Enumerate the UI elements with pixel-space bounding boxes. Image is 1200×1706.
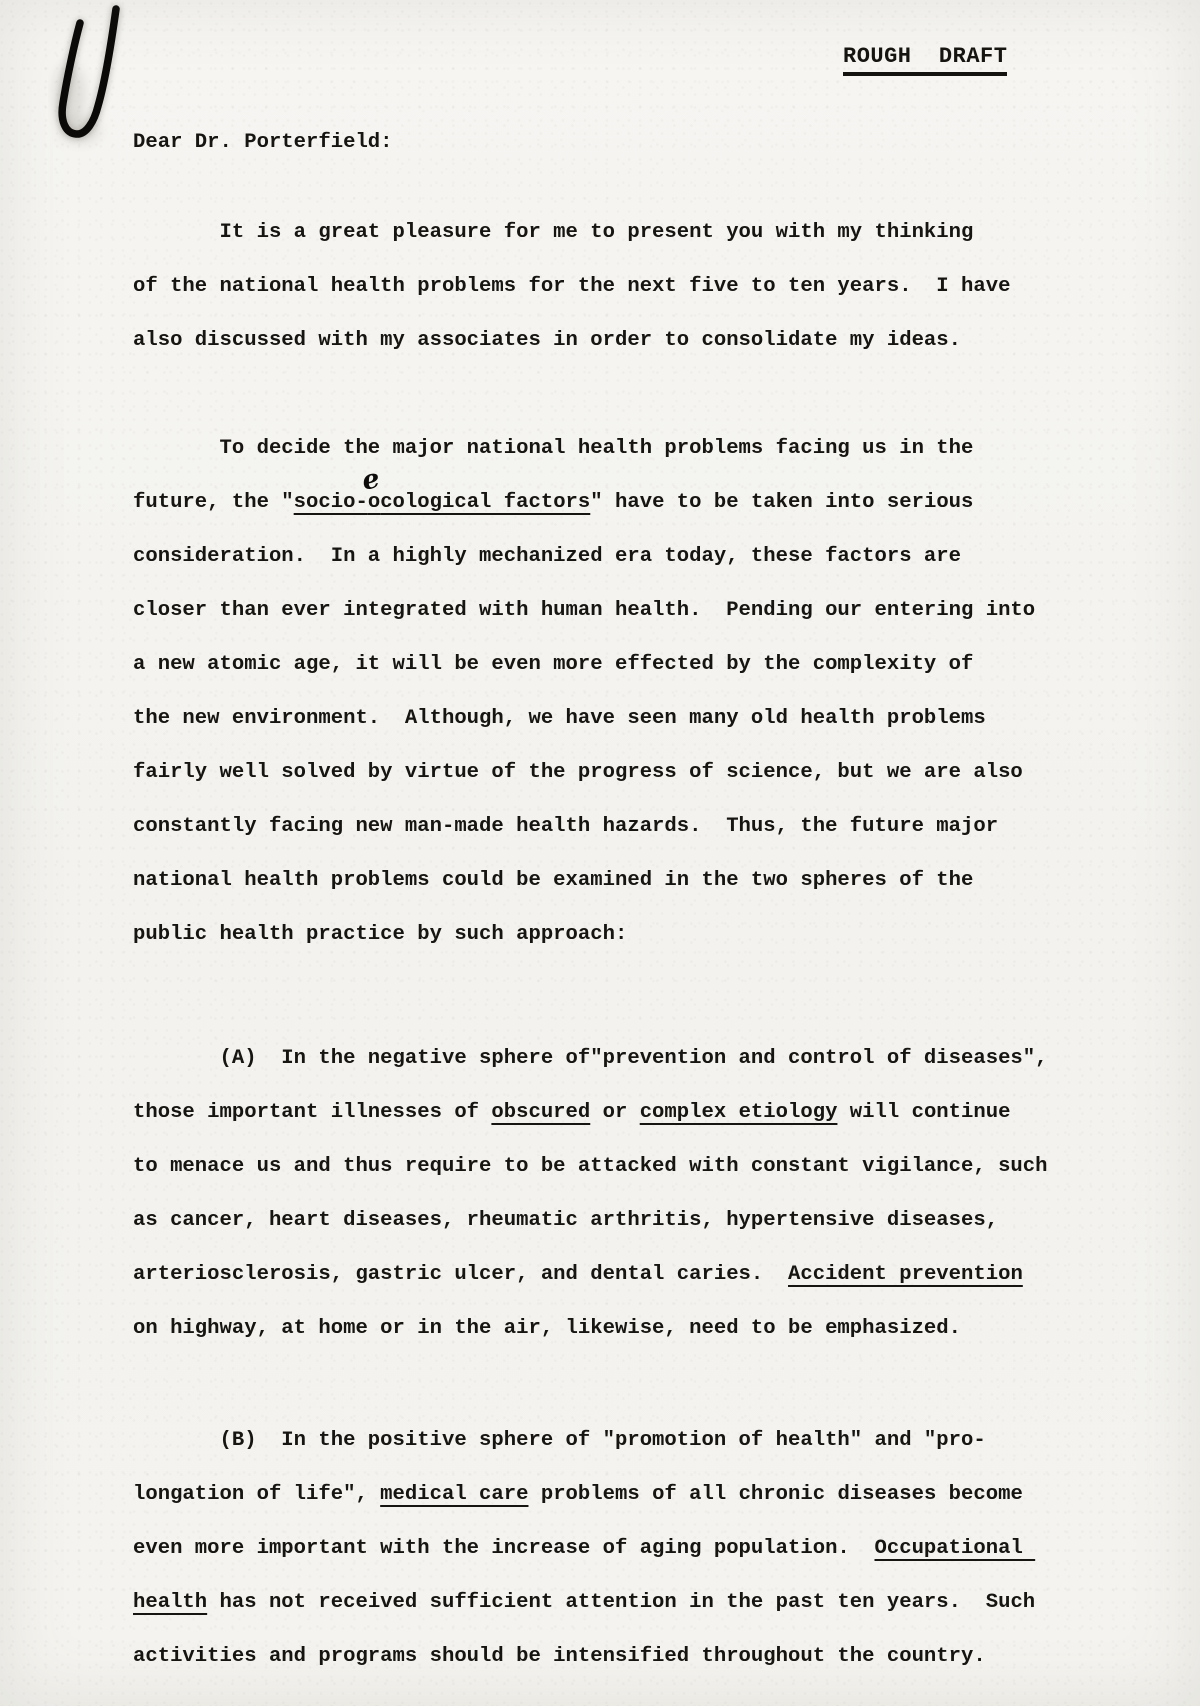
text-segment: " have to be taken into serious <box>590 491 973 514</box>
text-segment: consideration. In a highly mechanized er… <box>133 545 961 568</box>
underlined-text: medical care <box>380 1483 528 1506</box>
text-line: as cancer, heart diseases, rheumatic art… <box>133 1194 1170 1248</box>
text-segment: fairly well solved by virtue of the prog… <box>133 761 1023 784</box>
text-line: the new environment. Although, we have s… <box>133 692 1170 746</box>
text-line: activities and programs should be intens… <box>133 1630 1170 1684</box>
text-line: a new atomic age, it will be even more e… <box>133 638 1170 692</box>
underlined-text: oe <box>368 491 380 514</box>
rough-draft-label: ROUGH DRAFT <box>843 44 1007 76</box>
underlined-text: cological factors <box>380 491 590 514</box>
text-segment: problems of all chronic diseases become <box>528 1483 1022 1506</box>
text-line: of the national health problems for the … <box>133 260 1170 314</box>
paragraph: It is a great pleasure for me to present… <box>133 206 1170 368</box>
text-segment: longation of life", <box>133 1483 380 1506</box>
text-segment: To decide the major national health prob… <box>133 437 973 460</box>
text-line: future, the "socio-oecological factors" … <box>133 476 1170 530</box>
underlined-text: Accident prevention <box>788 1263 1023 1286</box>
underlined-text: complex etiology <box>640 1101 838 1124</box>
text-line: (A) In the negative sphere of"prevention… <box>133 1032 1170 1086</box>
salutation: Dear Dr. Porterfield: <box>133 131 393 154</box>
paperclip-mark-icon <box>48 0 136 152</box>
text-line: consideration. In a highly mechanized er… <box>133 530 1170 584</box>
text-segment: a new atomic age, it will be even more e… <box>133 653 973 676</box>
text-line: national health problems could be examin… <box>133 854 1170 908</box>
letter-page: ROUGH DRAFT Dear Dr. Porterfield: It is … <box>0 0 1200 1706</box>
text-line: public health practice by such approach: <box>133 908 1170 962</box>
text-segment: arteriosclerosis, gastric ulcer, and den… <box>133 1263 788 1286</box>
text-segment: It is a great pleasure for me to present… <box>133 221 973 244</box>
text-line: to menace us and thus require to be atta… <box>133 1140 1170 1194</box>
text-line: those important illnesses of obscured or… <box>133 1086 1170 1140</box>
text-segment: the new environment. Although, we have s… <box>133 707 986 730</box>
paragraph: (A) In the negative sphere of"prevention… <box>133 1032 1170 1356</box>
text-line: It is a great pleasure for me to present… <box>133 206 1170 260</box>
text-line: arteriosclerosis, gastric ulcer, and den… <box>133 1248 1170 1302</box>
text-segment: national health problems could be examin… <box>133 869 973 892</box>
underlined-text: health <box>133 1591 207 1614</box>
underlined-text: obscured <box>491 1101 590 1124</box>
text-line: constantly facing new man-made health ha… <box>133 800 1170 854</box>
text-segment: to menace us and thus require to be atta… <box>133 1155 1048 1178</box>
text-segment: even more important with the increase of… <box>133 1537 875 1560</box>
text-segment: of the national health problems for the … <box>133 275 1010 298</box>
text-segment: (B) In the positive sphere of "promotion… <box>133 1429 986 1452</box>
text-segment: (A) In the negative sphere of"prevention… <box>133 1047 1048 1070</box>
text-line: health has not received sufficient atten… <box>133 1576 1170 1630</box>
text-line: To decide the major national health prob… <box>133 422 1170 476</box>
text-segment: those important illnesses of <box>133 1101 491 1124</box>
text-segment: also discussed with my associates in ord… <box>133 329 961 352</box>
text-line: (B) In the positive sphere of "promotion… <box>133 1414 1170 1468</box>
text-segment: or <box>590 1101 639 1124</box>
letter-body: It is a great pleasure for me to present… <box>133 206 1170 1684</box>
paragraph: To decide the major national health prob… <box>133 422 1170 962</box>
text-line: closer than ever integrated with human h… <box>133 584 1170 638</box>
paragraph: (B) In the positive sphere of "promotion… <box>133 1414 1170 1684</box>
text-line: also discussed with my associates in ord… <box>133 314 1170 368</box>
text-line: fairly well solved by virtue of the prog… <box>133 746 1170 800</box>
underlined-text: socio- <box>294 491 368 514</box>
text-segment: will continue <box>837 1101 1010 1124</box>
text-segment: public health practice by such approach: <box>133 923 627 946</box>
text-line: on highway, at home or in the air, likew… <box>133 1302 1170 1356</box>
text-segment: future, the " <box>133 491 294 514</box>
text-segment: as cancer, heart diseases, rheumatic art… <box>133 1209 998 1232</box>
text-line: longation of life", medical care problem… <box>133 1468 1170 1522</box>
text-segment: has not received sufficient attention in… <box>207 1591 1035 1614</box>
text-line: even more important with the increase of… <box>133 1522 1170 1576</box>
underlined-text: Occupational <box>875 1537 1036 1560</box>
text-segment: on highway, at home or in the air, likew… <box>133 1317 961 1340</box>
text-segment: activities and programs should be intens… <box>133 1645 986 1668</box>
text-segment: closer than ever integrated with human h… <box>133 599 1035 622</box>
text-segment: constantly facing new man-made health ha… <box>133 815 998 838</box>
